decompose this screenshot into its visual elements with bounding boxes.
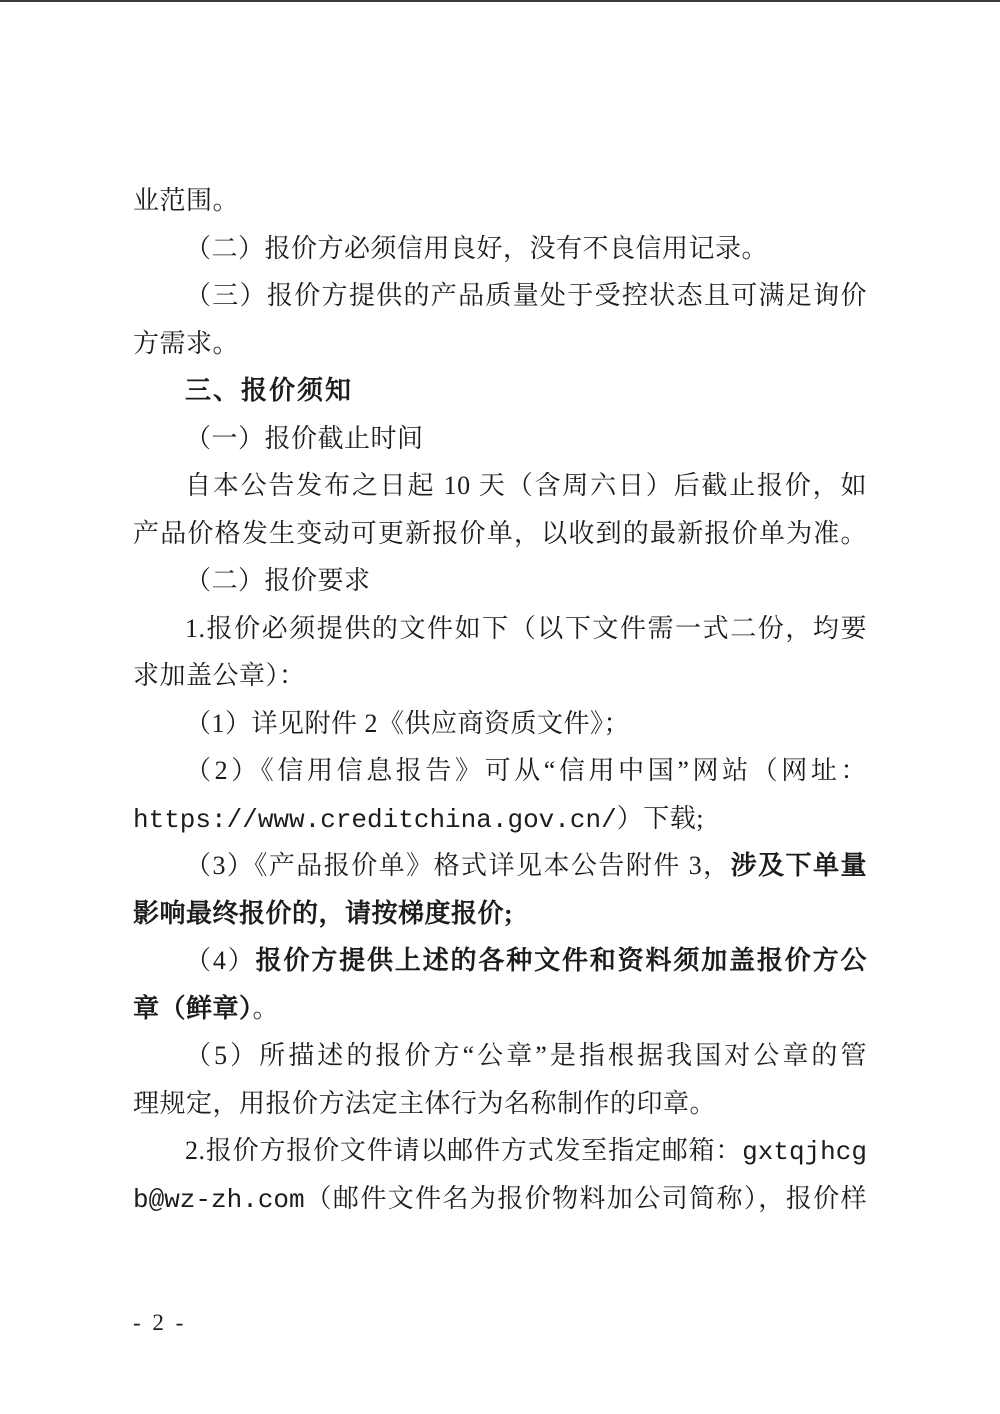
text-segment: 报价方提供上述的各种文件和资料须加盖报价方公: [256, 946, 867, 975]
document-line: （5）所描述的报价方“公章”是指根据我国对公章的管: [133, 1032, 867, 1080]
text-segment: ）《产品报价单》格式详见本公告附件: [226, 851, 689, 880]
document-line: 自本公告发布之日起 10 天（含周六日）后截止报价，如: [133, 462, 867, 510]
text-segment: （一）报价截止时间: [185, 424, 424, 453]
document-line: 影响最终报价的，请按梯度报价;: [133, 890, 867, 938]
text-segment: 1.: [185, 614, 206, 643]
document-line: 三、报价须知: [133, 367, 867, 415]
document-line: https://www.creditchina.gov.cn/）下载;: [133, 795, 867, 843]
text-segment: （三）报价方提供的产品质量处于受控状态且可满足询价: [185, 281, 867, 310]
text-segment: 影响最终报价的，请按梯度报价;: [133, 899, 513, 928]
document-line: 章（鲜章）。: [133, 985, 867, 1033]
document-line: 1.报价必须提供的文件如下（以下文件需一式二份，均要: [133, 605, 867, 653]
text-segment: 三、报价须知: [185, 375, 353, 405]
document-page-content: 业范围。（二）报价方必须信用良好，没有不良信用记录。（三）报价方提供的产品质量处…: [133, 177, 867, 1222]
text-segment: ）下载;: [617, 804, 704, 833]
document-line: 理规定，用报价方法定主体行为名称制作的印章。: [133, 1080, 867, 1128]
document-line: 产品价格发生变动可更新报价单，以收到的最新报价单为准。: [133, 510, 867, 558]
text-segment: 方需求。: [133, 329, 239, 358]
text-segment: 报价方报价文件请以邮件方式发至指定邮箱：: [206, 1136, 743, 1165]
text-segment: 《供应商资质文件》；: [378, 709, 630, 738]
document-line: （4）报价方提供上述的各种文件和资料须加盖报价方公: [133, 937, 867, 985]
text-segment: 自本公告发布之日起: [185, 471, 444, 500]
text-segment: 。: [253, 994, 280, 1023]
text-segment: 2.: [185, 1136, 206, 1165]
text-segment: 2: [215, 756, 229, 785]
text-segment: ）《信用信息报告》可从“信用中国”网站（网址：: [228, 756, 867, 785]
text-segment: （: [185, 851, 212, 880]
document-line: （三）报价方提供的产品质量处于受控状态且可满足询价: [133, 272, 867, 320]
document-line: b@wz-zh.com（邮件文件名为报价物料加公司简称），报价样: [133, 1175, 867, 1223]
text-segment: 业范围。: [133, 186, 239, 215]
text-segment: （: [185, 709, 212, 738]
text-segment: 天（含周六日）后截止报价，如: [471, 471, 867, 500]
text-segment: ，: [702, 851, 730, 880]
text-segment: https://www.creditchina.gov.cn/: [133, 805, 617, 835]
text-segment: 1: [212, 709, 226, 738]
text-segment: 章（鲜章）: [133, 994, 253, 1023]
text-segment: ）详见附件: [225, 709, 365, 738]
text-segment: （二）报价要求: [185, 566, 371, 595]
text-segment: 10: [444, 471, 471, 500]
document-line: 2.报价方报价文件请以邮件方式发至指定邮箱：gxtqjhcg: [133, 1127, 867, 1175]
document-line: 求加盖公章）：: [133, 652, 867, 700]
text-segment: 2: [365, 709, 379, 738]
text-segment: 涉及下单量: [731, 851, 867, 880]
document-line: 方需求。: [133, 320, 867, 368]
text-segment: gxtqjhcg: [742, 1137, 867, 1167]
text-segment: 3: [689, 851, 703, 880]
text-segment: 4: [213, 946, 227, 975]
text-segment: （: [185, 946, 213, 975]
text-segment: （邮件文件名为报价物料加公司简称），报价样: [305, 1184, 867, 1213]
text-segment: 3: [212, 851, 226, 880]
text-segment: 理规定，用报价方法定主体行为名称制作的印章。: [133, 1089, 716, 1118]
text-segment: 5: [214, 1041, 228, 1070]
text-segment: b@wz-zh.com: [133, 1185, 305, 1215]
page-top-border: [0, 0, 1000, 2]
text-segment: 产品价格发生变动可更新报价单，以收到的最新报价单为准。: [133, 519, 867, 548]
text-segment: （二）报价方必须信用良好，没有不良信用记录。: [185, 234, 768, 263]
text-segment: ）所描述的报价方“公章”是指根据我国对公章的管: [228, 1041, 867, 1070]
document-line: （一）报价截止时间: [133, 415, 867, 463]
document-line: （二）报价要求: [133, 557, 867, 605]
text-segment: 报价必须提供的文件如下（以下文件需一式二份，均要: [206, 614, 868, 643]
text-segment: 求加盖公章）：: [133, 661, 306, 690]
text-segment: （: [185, 756, 215, 785]
document-line: 业范围。: [133, 177, 867, 225]
page-number: - 2 -: [133, 1310, 186, 1336]
document-line: （3）《产品报价单》格式详见本公告附件 3，涉及下单量: [133, 842, 867, 890]
text-segment: ）: [226, 946, 255, 975]
document-line: （1）详见附件 2《供应商资质文件》；: [133, 700, 867, 748]
text-segment: （: [185, 1041, 214, 1070]
document-line: （2）《信用信息报告》可从“信用中国”网站（网址：: [133, 747, 867, 795]
document-line: （二）报价方必须信用良好，没有不良信用记录。: [133, 225, 867, 273]
